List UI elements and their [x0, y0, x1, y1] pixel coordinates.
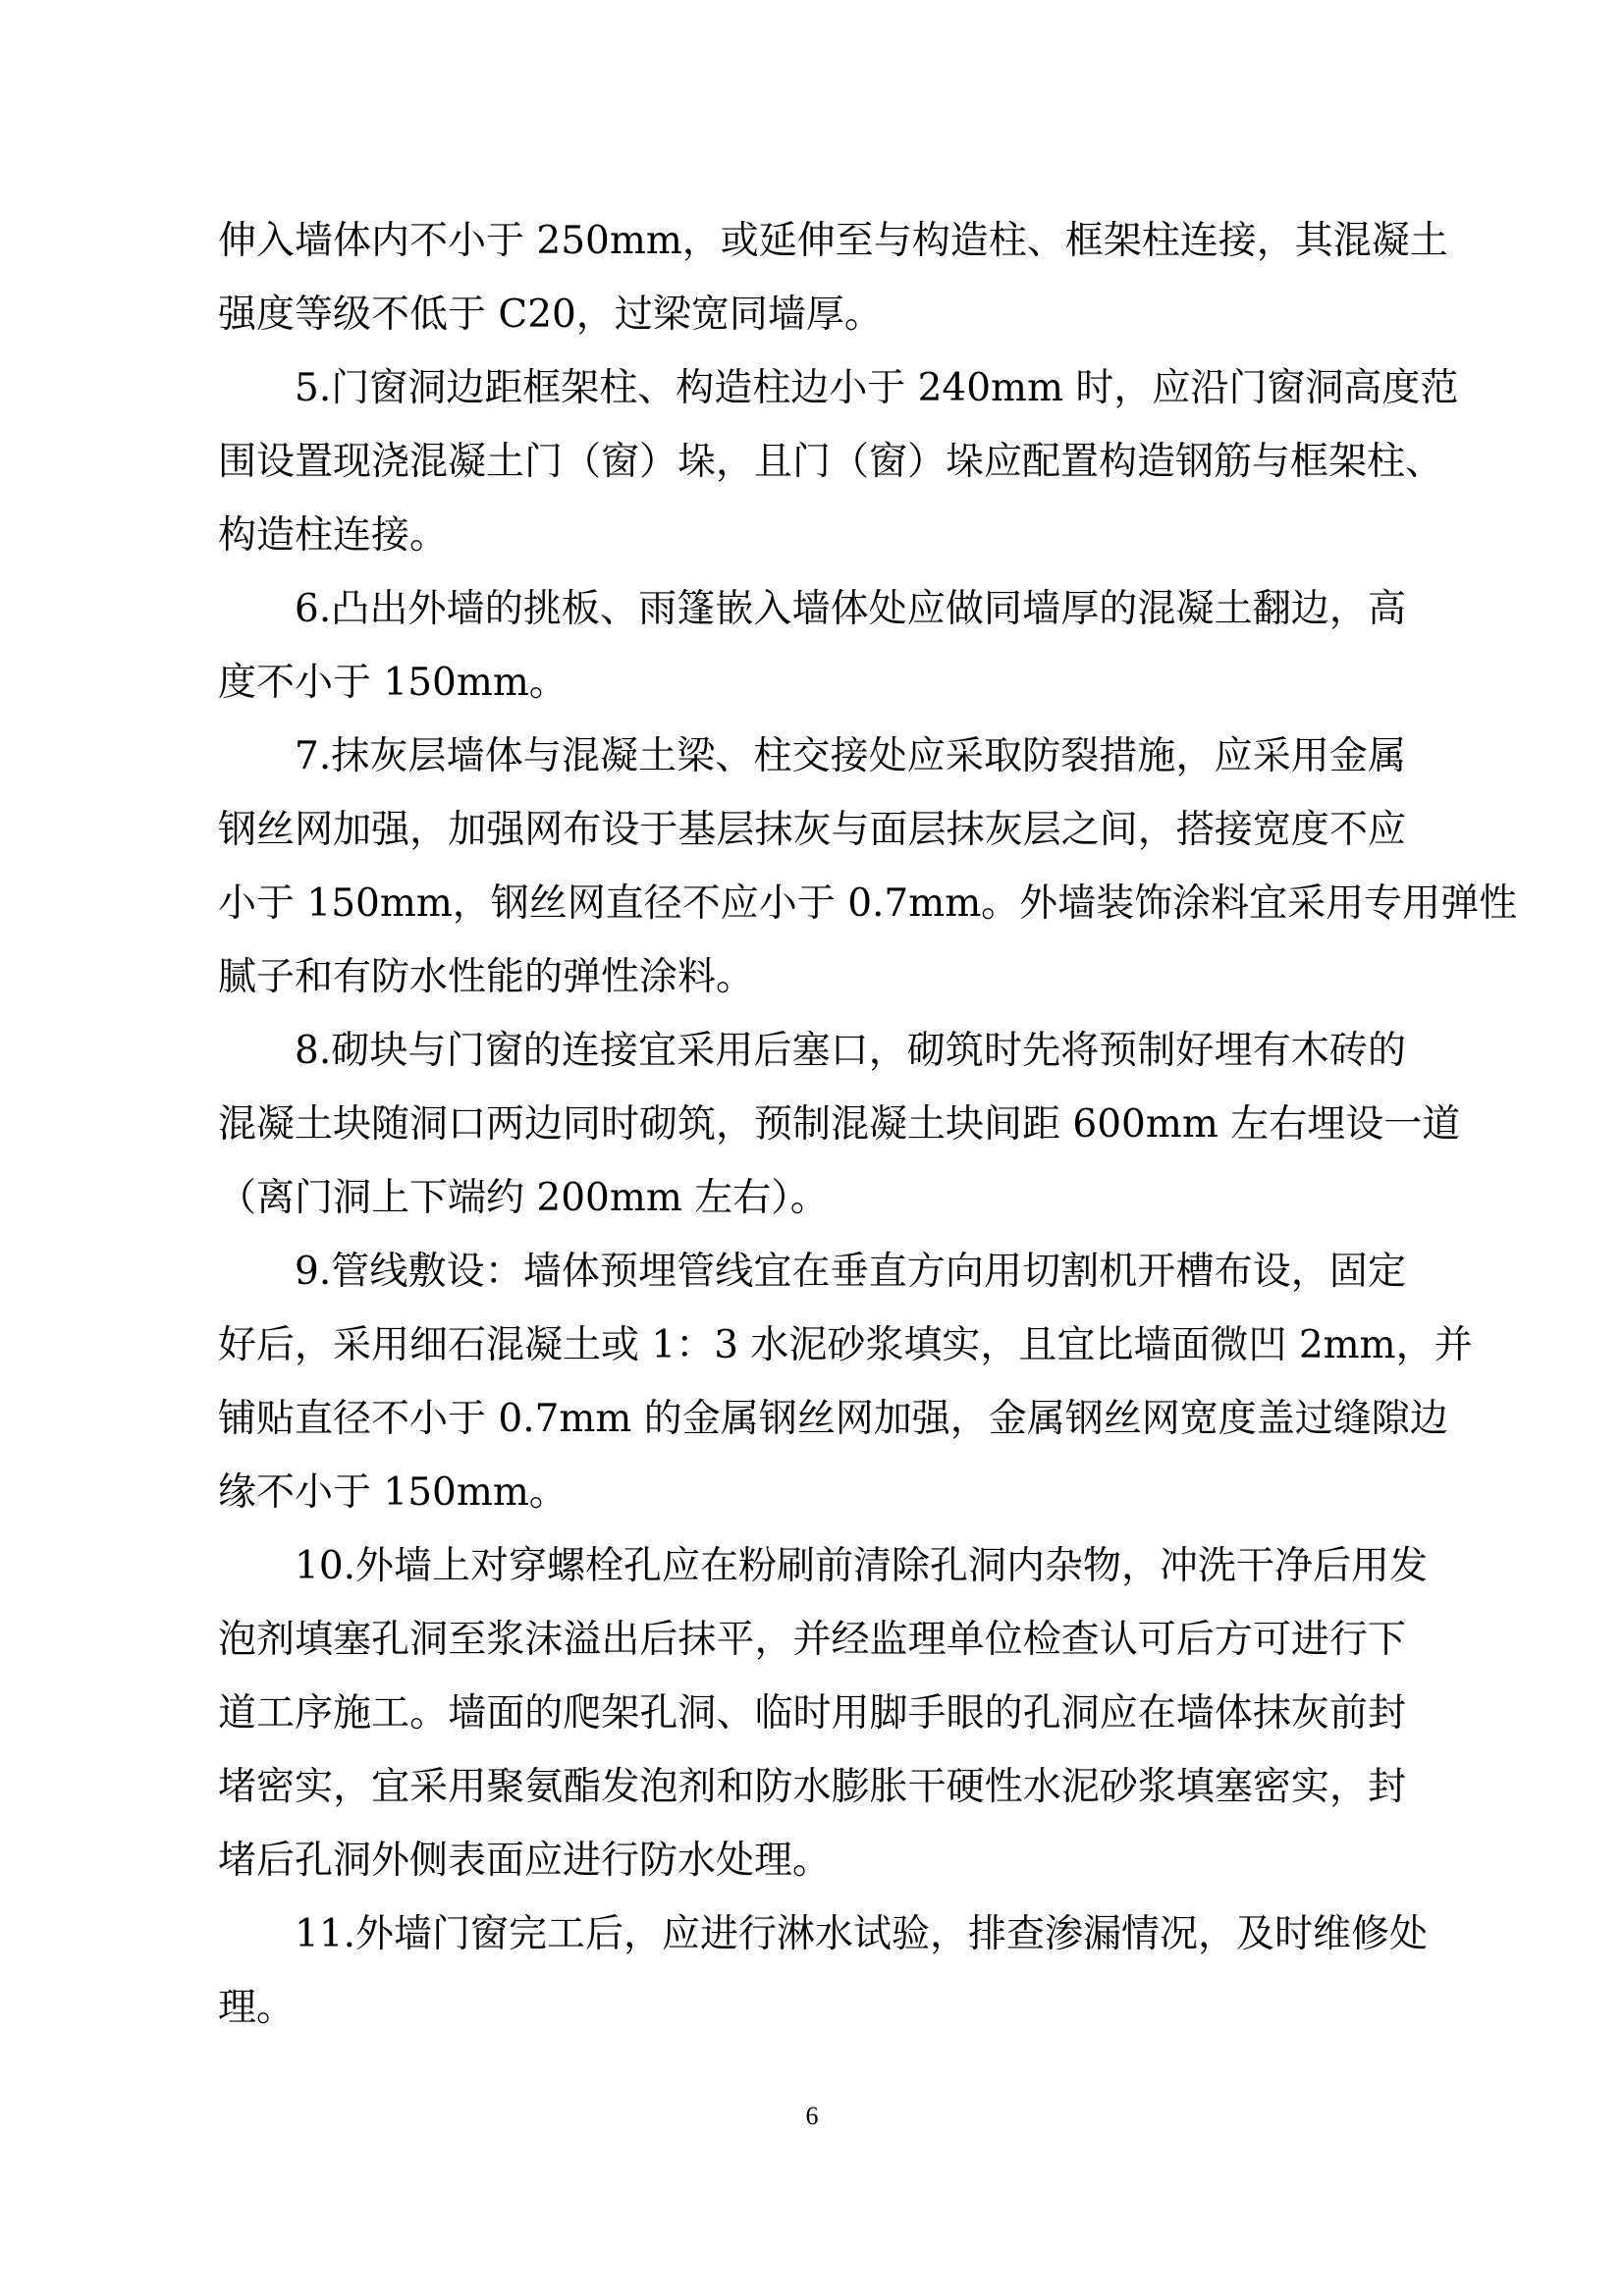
paragraph-item-11: 11.外墙门窗完工后，应进行淋水试验，排查渗漏情况，及时维修处 理。: [218, 1897, 1406, 2045]
page-number: 6: [0, 2099, 1624, 2134]
paragraph-continuation: 伸入墙体内不小于 250mm，或延伸至与构造柱、框架柱连接，其混凝土 强度等级不…: [218, 204, 1406, 351]
paragraph-item-7: 7.抹灰层墙体与混凝土梁、柱交接处应采取防裂措施，应采用金属 钢丝网加强，加强网…: [218, 720, 1406, 1014]
paragraph-item-10: 10.外墙上对穿螺栓孔应在粉刷前清除孔洞内杂物，冲洗干净后用发 泡剂填塞孔洞至浆…: [218, 1529, 1406, 1897]
text-line: 伸入墙体内不小于 250mm，或延伸至与构造柱、框架柱连接，其混凝土: [218, 204, 1406, 278]
text-line: 堵密实，宜采用聚氨酯发泡剂和防水膨胀干硬性水泥砂浆填塞密实，封: [218, 1750, 1406, 1824]
text-line: 混凝土块随洞口两边同时砌筑，预制混凝土块间距 600mm 左右埋设一道: [218, 1088, 1406, 1161]
text-line: （离门洞上下端约 200mm 左右）。: [218, 1161, 1406, 1235]
text-line: 理。: [218, 1971, 1406, 2045]
text-line: 10.外墙上对穿螺栓孔应在粉刷前清除孔洞内杂物，冲洗干净后用发: [218, 1529, 1406, 1603]
text-line: 11.外墙门窗完工后，应进行淋水试验，排查渗漏情况，及时维修处: [218, 1897, 1406, 1971]
text-line: 9.管线敷设：墙体预埋管线宜在垂直方向用切割机开槽布设，固定: [218, 1235, 1406, 1308]
text-line: 6.凸出外墙的挑板、雨篷嵌入墙体处应做同墙厚的混凝土翻边，高: [218, 572, 1406, 646]
text-line: 7.抹灰层墙体与混凝土梁、柱交接处应采取防裂措施，应采用金属: [218, 720, 1406, 793]
document-body: 伸入墙体内不小于 250mm，或延伸至与构造柱、框架柱连接，其混凝土 强度等级不…: [218, 204, 1406, 2045]
document-page: 伸入墙体内不小于 250mm，或延伸至与构造柱、框架柱连接，其混凝土 强度等级不…: [0, 0, 1624, 2296]
text-line: 堵后孔洞外侧表面应进行防水处理。: [218, 1824, 1406, 1897]
text-line: 强度等级不低于 C20，过梁宽同墙厚。: [218, 278, 1406, 351]
text-line: 好后，采用细石混凝土或 1：3 水泥砂浆填实，且宜比墙面微凹 2mm，并: [218, 1308, 1406, 1382]
text-line: 小于 150mm，钢丝网直径不应小于 0.7mm。外墙装饰涂料宜采用专用弹性: [218, 867, 1406, 940]
text-line: 度不小于 150mm。: [218, 646, 1406, 720]
text-line: 铺贴直径不小于 0.7mm 的金属钢丝网加强，金属钢丝网宽度盖过缝隙边: [218, 1382, 1406, 1456]
text-line: 5.门窗洞边距框架柱、构造柱边小于 240mm 时，应沿门窗洞高度范: [218, 351, 1406, 425]
text-line: 钢丝网加强，加强网布设于基层抹灰与面层抹灰层之间，搭接宽度不应: [218, 793, 1406, 867]
text-line: 围设置现浇混凝土门（窗）垛，且门（窗）垛应配置构造钢筋与框架柱、: [218, 425, 1406, 499]
text-line: 缘不小于 150mm。: [218, 1456, 1406, 1529]
text-line: 8.砌块与门窗的连接宜采用后塞口，砌筑时先将预制好埋有木砖的: [218, 1014, 1406, 1088]
paragraph-item-8: 8.砌块与门窗的连接宜采用后塞口，砌筑时先将预制好埋有木砖的 混凝土块随洞口两边…: [218, 1014, 1406, 1235]
text-line: 道工序施工。墙面的爬架孔洞、临时用脚手眼的孔洞应在墙体抹灰前封: [218, 1677, 1406, 1750]
text-line: 构造柱连接。: [218, 499, 1406, 572]
paragraph-item-6: 6.凸出外墙的挑板、雨篷嵌入墙体处应做同墙厚的混凝土翻边，高 度不小于 150m…: [218, 572, 1406, 720]
text-line: 腻子和有防水性能的弹性涂料。: [218, 940, 1406, 1014]
paragraph-item-9: 9.管线敷设：墙体预埋管线宜在垂直方向用切割机开槽布设，固定 好后，采用细石混凝…: [218, 1235, 1406, 1529]
text-line: 泡剂填塞孔洞至浆沫溢出后抹平，并经监理单位检查认可后方可进行下: [218, 1603, 1406, 1677]
paragraph-item-5: 5.门窗洞边距框架柱、构造柱边小于 240mm 时，应沿门窗洞高度范 围设置现浇…: [218, 351, 1406, 572]
